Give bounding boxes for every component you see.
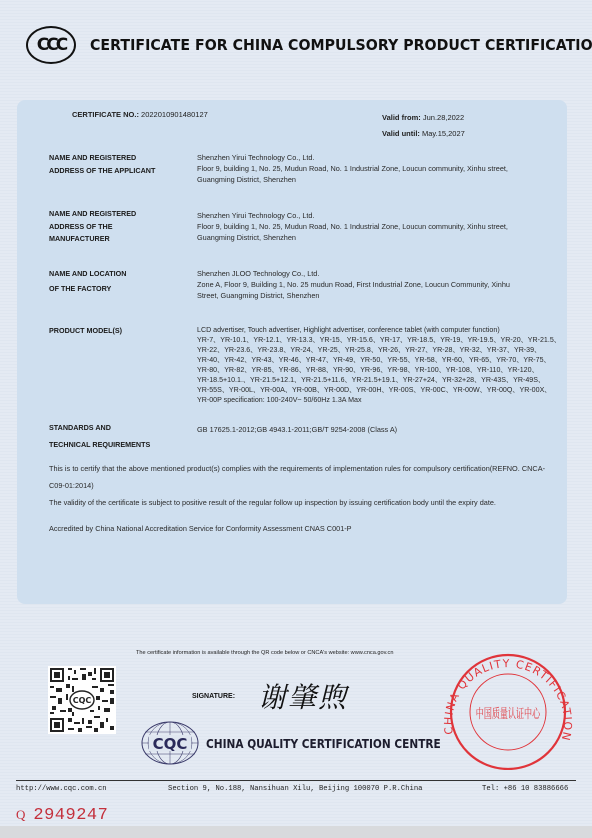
label-line: NAME AND REGISTERED [49,208,159,221]
standards-value: GB 17625.1-2012;GB 4943.1-2011;GB/T 9254… [197,424,575,435]
product-line: YR-00P specification: 100-240V~ 50/60Hz … [197,395,575,405]
ccc-logo-text: CCC [37,35,65,55]
valid-until-value: May.15,2027 [422,129,465,138]
products-section: PRODUCT MODEL(S) LCD advertiser, Touch a… [49,325,559,411]
value-line: Guangming District, Shenzhen [197,174,575,185]
page-bottom-edge [0,826,592,838]
page-title: CERTIFICATE FOR CHINA COMPULSORY PRODUCT… [90,36,592,54]
certificate-header: CCC CERTIFICATE FOR CHINA COMPULSORY PRO… [26,26,592,64]
applicant-value: Shenzhen Yirui Technology Co., Ltd. Floo… [197,152,575,185]
product-line: YR-7、YR-10.1、YR-12.1、YR-13.3、YR-15、YR-15… [197,335,575,345]
product-line: YR-18.5+10.1.、YR-21.5+12.1、YR-21.5+11.6、… [197,375,575,385]
qr-code-icon: CQC [48,666,116,734]
ccc-logo-icon: CCC [26,26,76,64]
footer-address: Section 9, No.188, Nansihuan Xilu, Beiji… [168,785,422,793]
footer-divider [16,780,576,781]
issuer-name: CHINA QUALITY CERTIFICATION CENTRE [206,737,441,751]
value-line: Floor 9, building 1, No. 25, Mudun Road,… [197,163,575,174]
factory-label: NAME AND LOCATION OF THE FACTORY [49,266,159,296]
validity-dates: Valid from: Jun.28,2022 Valid until: May… [382,110,465,142]
label-line: ADDRESS OF THE [49,221,159,234]
serial-number: Q2949247 [16,806,108,825]
cqc-globe-logo-icon: CQC [140,720,200,766]
valid-from-value: Jun.28,2022 [423,113,464,122]
svg-text:CQC: CQC [73,696,92,705]
manufacturer-value: Shenzhen Yirui Technology Co., Ltd. Floo… [197,210,575,243]
value-line: Shenzhen Yirui Technology Co., Ltd. [197,152,575,163]
valid-from-label: Valid from: [382,113,421,122]
conformity-statement: This is to certify that the above mentio… [49,460,545,494]
value-line: Guangming District, Shenzhen [197,232,575,243]
products-label: PRODUCT MODEL(S) [49,325,159,338]
qr-note: The certificate information is available… [136,650,393,656]
manufacturer-label: NAME AND REGISTERED ADDRESS OF THE MANUF… [49,208,159,246]
certificate-number-value: 2022010901480127 [141,110,208,119]
manufacturer-section: NAME AND REGISTERED ADDRESS OF THE MANUF… [49,208,559,248]
standards-section: STANDARDS AND TECHNICAL REQUIREMENTS GB … [49,419,559,449]
serial-value: 2949247 [33,806,108,825]
product-line: YR-40、YR-42、YR-43、YR-46、YR-47、YR-49、YR-5… [197,355,575,365]
product-line: LCD advertiser, Touch advertiser, Highli… [197,325,575,335]
value-line: Street, Guangming District, Shenzhen [197,290,575,301]
official-seal-icon: CHINA QUALITY CERTIFICATION CENTRE 中国质量认… [428,646,588,770]
applicant-section: NAME AND REGISTERED ADDRESS OF THE APPLI… [49,152,559,188]
svg-text:CQC: CQC [153,735,188,753]
label-line: MANUFACTURER [49,233,159,246]
value-line: Shenzhen Yirui Technology Co., Ltd. [197,210,575,221]
label-line: NAME AND REGISTERED [49,152,159,165]
product-models: LCD advertiser, Touch advertiser, Highli… [197,325,575,405]
valid-until-label: Valid until: [382,129,420,138]
certificate-number-label: CERTIFICATE NO.: [72,110,139,119]
standards-label: STANDARDS AND TECHNICAL REQUIREMENTS [49,419,159,453]
footer-tel: Tel: +86 10 83886666 [482,785,568,793]
footer-website[interactable]: http://www.cqc.com.cn [16,785,107,793]
signature: 谢肇煦 [258,676,348,716]
signature-label: SIGNATURE: [192,693,235,700]
label-line: TECHNICAL REQUIREMENTS [49,436,159,453]
applicant-label: NAME AND REGISTERED ADDRESS OF THE APPLI… [49,152,159,177]
svg-text:CHINA QUALITY CERTIFICATION CE: CHINA QUALITY CERTIFICATION CENTRE [428,646,574,743]
serial-prefix: Q [16,807,25,822]
qr-code[interactable]: CQC [48,666,116,734]
valid-from: Valid from: Jun.28,2022 [382,110,465,126]
accreditation-statement: Accredited by China National Accreditati… [49,520,545,537]
certificate-number: CERTIFICATE NO.: 2022010901480127 [72,110,208,119]
label-line: NAME AND LOCATION [49,266,159,281]
factory-value: Shenzhen JLOO Technology Co., Ltd. Zone … [197,268,575,301]
validity-statement: The validity of the certificate is subje… [49,494,545,511]
product-line: YR-22、YR-23.6、YR-23.8、YR-24、YR-25、YR-25.… [197,345,575,355]
label-line: OF THE FACTORY [49,281,159,296]
label-line: ADDRESS OF THE APPLICANT [49,165,159,178]
product-line: YR-55S、YR-00L、YR-00A、YR-00B、YR-00D、YR-00… [197,385,575,395]
value-line: Shenzhen JLOO Technology Co., Ltd. [197,268,575,279]
product-line: YR-80、YR-82、YR-85、YR-86、YR-88、YR-90、YR-9… [197,365,575,375]
value-line: Floor 9, building 1, No. 25, Mudun Road,… [197,221,575,232]
valid-until: Valid until: May.15,2027 [382,126,465,142]
label-line: STANDARDS AND [49,419,159,436]
value-line: Zone A, Floor 9, Building 1, No. 25 mudu… [197,279,575,290]
svg-text:中国质量认证中心: 中国质量认证中心 [476,705,541,722]
factory-section: NAME AND LOCATION OF THE FACTORY Shenzhe… [49,266,559,306]
